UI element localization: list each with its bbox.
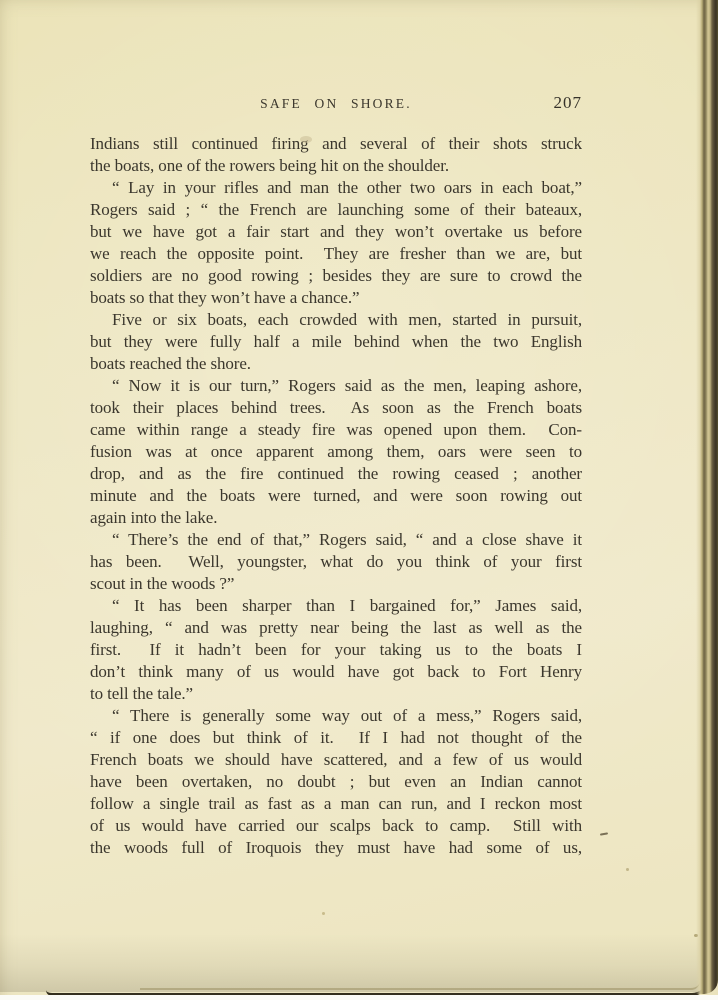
text-line: to tell the tale.” bbox=[90, 683, 582, 705]
paragraph: “ It has been sharper than I bargained f… bbox=[90, 595, 582, 705]
text-line: the woods full of Iroquois they must hav… bbox=[90, 837, 582, 859]
text-line: Indians still continued firing and sever… bbox=[90, 133, 582, 155]
text-line: first. If it hadn’t been for your taking… bbox=[90, 639, 582, 661]
paper-speck bbox=[322, 912, 325, 915]
text-line: came within range a steady fire was open… bbox=[90, 419, 582, 441]
text-line: took their places behind trees. As soon … bbox=[90, 397, 582, 419]
text-block: Indians still continued firing and sever… bbox=[90, 133, 582, 859]
text-line: the boats, one of the rowers being hit o… bbox=[90, 155, 582, 177]
text-line: has been. Well, youngster, what do you t… bbox=[90, 551, 582, 573]
paragraph: “ Now it is our turn,” Rogers said as th… bbox=[90, 375, 582, 529]
text-line: drop, and as the fire continued the rowi… bbox=[90, 463, 582, 485]
text-line: Five or six boats, each crowded with men… bbox=[90, 309, 582, 331]
text-line: “ Now it is our turn,” Rogers said as th… bbox=[90, 375, 582, 397]
text-line: “ Lay in your rifles and man the other t… bbox=[90, 177, 582, 199]
text-line: but we have got a fair start and they wo… bbox=[90, 221, 582, 243]
paper-speck bbox=[626, 868, 629, 871]
text-line: again into the lake. bbox=[90, 507, 582, 529]
paragraph: Five or six boats, each crowded with men… bbox=[90, 309, 582, 375]
text-line: follow a single trail as fast as a man c… bbox=[90, 793, 582, 815]
text-line: laughing, “ and was pretty near being th… bbox=[90, 617, 582, 639]
text-line: “ It has been sharper than I bargained f… bbox=[90, 595, 582, 617]
text-line: have been overtaken, no doubt ; but even… bbox=[90, 771, 582, 793]
text-line: we reach the opposite point. They are fr… bbox=[90, 243, 582, 265]
text-line: “ There is generally some way out of a m… bbox=[90, 705, 582, 727]
text-line: boats so that they won’t have a chance.” bbox=[90, 287, 582, 309]
bottom-page-edge bbox=[46, 977, 708, 996]
paper-speck bbox=[300, 136, 312, 143]
text-line: soldiers are no good rowing ; besides th… bbox=[90, 265, 582, 287]
text-line: minute and the boats were turned, and we… bbox=[90, 485, 582, 507]
text-line: boats reached the shore. bbox=[90, 353, 582, 375]
text-line: fusion was at once apparent among them, … bbox=[90, 441, 582, 463]
page-stack-edge-right bbox=[696, 0, 718, 994]
text-line: but they were fully half a mile behind w… bbox=[90, 331, 582, 353]
text-line: of us would have carried our scalps back… bbox=[90, 815, 582, 837]
scan-background-strip bbox=[0, 995, 718, 1000]
running-title: SAFE ON SHORE. bbox=[90, 96, 582, 112]
page-number: 207 bbox=[554, 93, 583, 113]
text-line: scout in the woods ?” bbox=[90, 573, 582, 595]
text-line: “ if one does but think of it. If I had … bbox=[90, 727, 582, 749]
book-page-scan: SAFE ON SHORE. 207 Indians still continu… bbox=[0, 0, 718, 1000]
paragraph: “ Lay in your rifles and man the other t… bbox=[90, 177, 582, 309]
text-line: Rogers said ; “ the French are launching… bbox=[90, 199, 582, 221]
running-head: SAFE ON SHORE. 207 bbox=[90, 96, 582, 116]
text-line: don’t think many of us would have got ba… bbox=[90, 661, 582, 683]
paragraph: “ There’s the end of that,” Rogers said,… bbox=[90, 529, 582, 595]
paragraph: Indians still continued firing and sever… bbox=[90, 133, 582, 177]
text-line: “ There’s the end of that,” Rogers said,… bbox=[90, 529, 582, 551]
text-line: French boats we should have scattered, a… bbox=[90, 749, 582, 771]
paragraph: “ There is generally some way out of a m… bbox=[90, 705, 582, 859]
